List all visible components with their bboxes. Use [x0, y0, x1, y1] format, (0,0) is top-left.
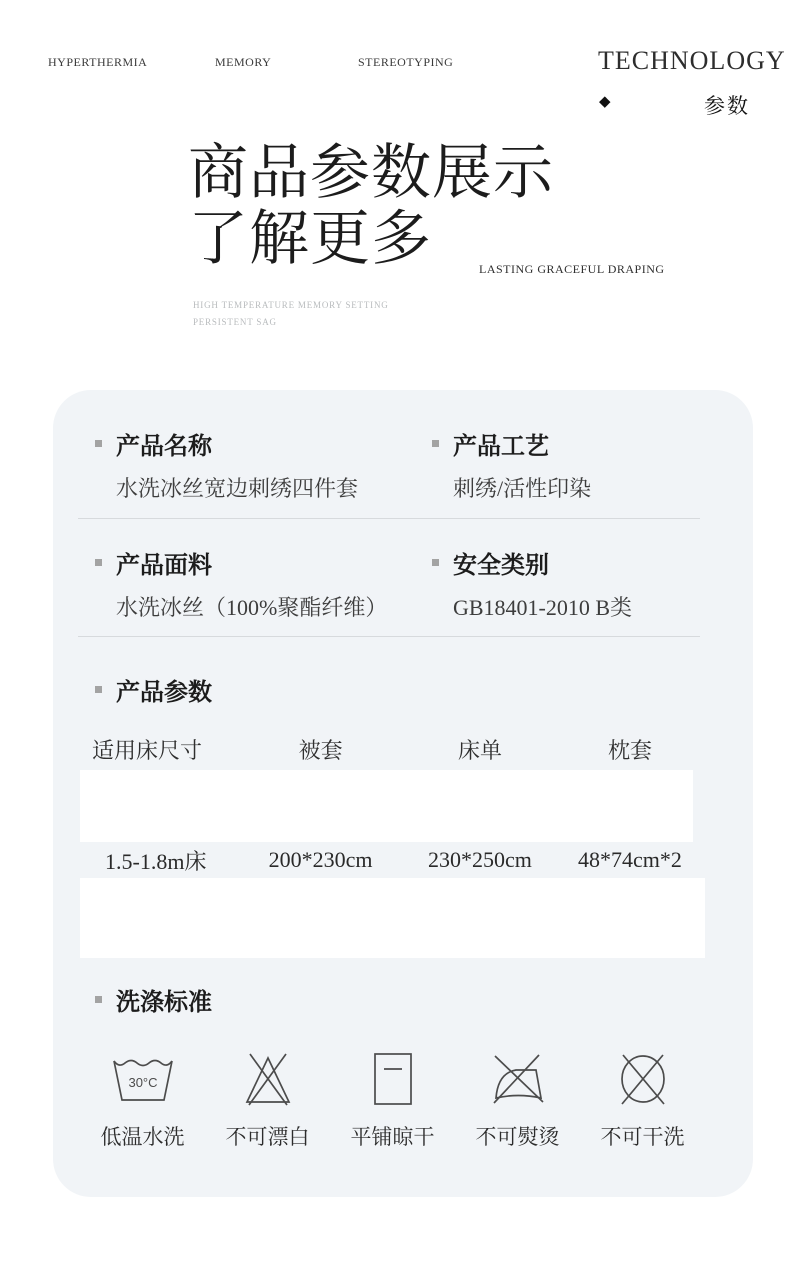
cell-duvet-cover: 200*230cm: [236, 847, 405, 873]
no-dry-clean-icon: [616, 1050, 670, 1108]
size-table-header: 适用床尺寸 被套 床单 枕套: [80, 728, 705, 770]
size-table: 适用床尺寸 被套 床单 枕套 1.5-1.8m床 200*230cm 230*2…: [80, 728, 705, 958]
wash-label: 低温水洗: [101, 1121, 185, 1151]
square-bullet-icon: [432, 559, 439, 566]
svg-text:30°C: 30°C: [128, 1075, 157, 1090]
parameters-heading: 产品参数: [95, 672, 212, 707]
square-bullet-icon: [95, 559, 102, 566]
nav-label-hyperthermia: HYPERTHERMIA: [48, 55, 147, 70]
wash-30c-icon: 30°C: [111, 1050, 175, 1108]
spec-label: 安全类别: [453, 545, 549, 580]
wash-item-low-temp: 30°C 低温水洗: [80, 1050, 205, 1151]
square-bullet-icon: [95, 440, 102, 447]
wash-item-flat-dry: 平铺晾干: [330, 1050, 455, 1151]
nav-label-stereotyping: STEREOTYPING: [358, 55, 453, 70]
tagline: LASTING GRACEFUL DRAPING: [479, 262, 665, 277]
wash-label: 不可熨烫: [476, 1121, 560, 1151]
micro-caption-line2: PERSISTENT SAG: [193, 314, 389, 331]
divider: [78, 518, 700, 519]
spec-product-craft: 产品工艺 刺绣/活性印染: [432, 426, 591, 503]
empty-table-band: [80, 878, 705, 958]
divider: [78, 636, 700, 637]
product-parameters-page: HYPERTHERMIA MEMORY STEREOTYPING TECHNOL…: [0, 0, 790, 1272]
page-title: 商品参数展示 了解更多: [188, 140, 554, 272]
empty-table-band: [80, 770, 693, 842]
spec-value: GB18401-2010 B类: [432, 591, 632, 622]
spec-value: 刺绣/活性印染: [432, 472, 591, 503]
spec-product-name: 产品名称 水洗冰丝宽边刺绣四件套: [95, 426, 358, 503]
wash-item-no-dry-clean: 不可干洗: [580, 1050, 705, 1151]
flat-dry-icon: [371, 1050, 415, 1108]
square-bullet-icon: [95, 996, 102, 1003]
micro-caption: HIGH TEMPERATURE MEMORY SETTING PERSISTE…: [193, 297, 389, 331]
column-header-pillowcase: 枕套: [555, 734, 705, 765]
diamond-icon: ◆: [599, 92, 611, 111]
washing-heading: 洗涤标准: [95, 982, 212, 1017]
cell-bed-size: 1.5-1.8m床: [80, 845, 236, 876]
washing-icons-row: 30°C 低温水洗 不可漂白: [80, 1050, 705, 1151]
section-subtitle: 参数: [704, 90, 750, 120]
column-header-duvet-cover: 被套: [236, 734, 405, 765]
cell-pillowcase: 48*74cm*2: [555, 847, 705, 873]
spec-product-fabric: 产品面料 水洗冰丝（100%聚酯纤维）: [95, 545, 387, 622]
spec-label: 产品面料: [116, 545, 212, 580]
column-header-sheet: 床单: [405, 734, 555, 765]
wash-label: 平铺晾干: [351, 1121, 435, 1151]
brand-wordmark: TECHNOLOGY: [598, 46, 786, 76]
spec-value: 水洗冰丝（100%聚酯纤维）: [95, 591, 387, 622]
spec-label: 产品名称: [116, 426, 212, 461]
square-bullet-icon: [95, 686, 102, 693]
micro-caption-line1: HIGH TEMPERATURE MEMORY SETTING: [193, 297, 389, 314]
column-header-bed-size: 适用床尺寸: [80, 734, 236, 765]
page-title-line1: 商品参数展示: [188, 140, 554, 206]
no-iron-icon: [488, 1050, 548, 1108]
spec-safety-category: 安全类别 GB18401-2010 B类: [432, 545, 632, 622]
wash-item-no-bleach: 不可漂白: [205, 1050, 330, 1151]
table-row: 1.5-1.8m床 200*230cm 230*250cm 48*74cm*2: [80, 842, 705, 878]
spec-label: 产品工艺: [453, 426, 549, 461]
wash-label: 不可漂白: [226, 1121, 310, 1151]
square-bullet-icon: [432, 440, 439, 447]
wash-item-no-iron: 不可熨烫: [455, 1050, 580, 1151]
no-bleach-icon: [240, 1050, 296, 1108]
spec-value: 水洗冰丝宽边刺绣四件套: [95, 472, 358, 503]
spec-card: 产品名称 水洗冰丝宽边刺绣四件套 产品工艺 刺绣/活性印染 产品面料 水洗冰丝（…: [53, 390, 753, 1197]
cell-sheet: 230*250cm: [405, 847, 555, 873]
wash-label: 不可干洗: [601, 1121, 685, 1151]
nav-label-memory: MEMORY: [215, 55, 271, 70]
